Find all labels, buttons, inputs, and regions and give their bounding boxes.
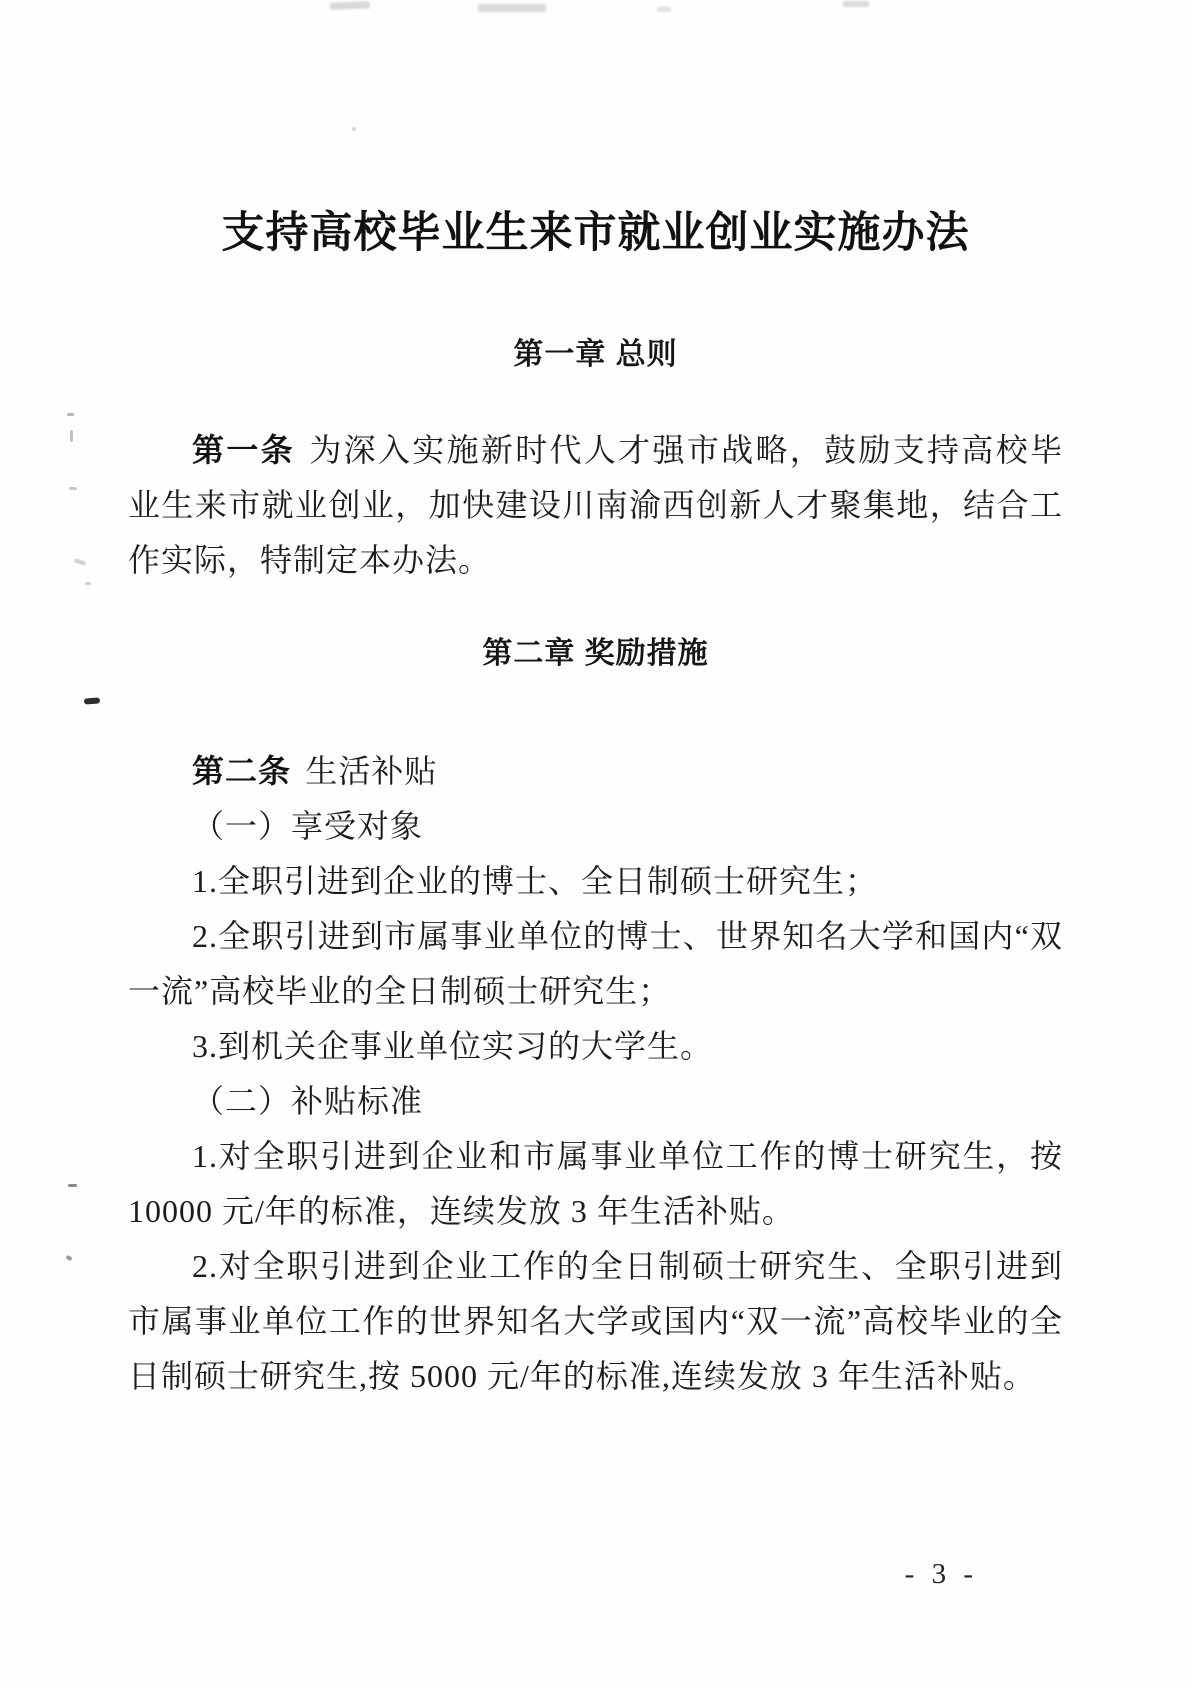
document-title: 支持高校毕业生来市就业创业实施办法 [128,205,1063,263]
scanned-document-page: 支持高校毕业生来市就业创业实施办法 第一章 总则 第一条为深入实施新时代人才强市… [0,0,1190,1683]
article-2-paragraph: 第二条生活补贴 [128,744,1063,799]
clause-standard-item-2: 2.对全职引进到企业工作的全日制硕士研究生、全职引进到市属事业单位工作的世界知名… [128,1239,1063,1404]
clause-eligible-item-1: 1.全职引进到企业的博士、全日制硕士研究生； [128,854,1063,909]
article-1-paragraph: 第一条为深入实施新时代人才强市战略，鼓励支持高校毕业生来市就业创业，加快建设川南… [128,423,1063,588]
page-number: - 3 - [905,1558,978,1591]
clause-standard-heading: （二）补贴标准 [128,1074,1063,1129]
article-2-label: 第二条 [192,753,291,789]
clause-eligible-heading: （一）享受对象 [128,799,1063,854]
document-body: 支持高校毕业生来市就业创业实施办法 第一章 总则 第一条为深入实施新时代人才强市… [0,0,1190,1404]
clause-eligible-item-3: 3.到机关企事业单位实习的大学生。 [128,1019,1063,1074]
clause-standard-item-1: 1.对全职引进到企业和市属事业单位工作的博士研究生，按 10000 元/年的标准… [128,1129,1063,1239]
article-2-text: 生活补贴 [305,753,437,789]
chapter-1-heading: 第一章 总则 [128,333,1063,377]
article-1-label: 第一条 [192,432,295,468]
chapter-2-heading: 第二章 奖励措施 [128,632,1063,676]
clause-eligible-item-2: 2.全职引进到市属事业单位的博士、世界知名大学和国内“双一流”高校毕业的全日制硕… [128,909,1063,1019]
